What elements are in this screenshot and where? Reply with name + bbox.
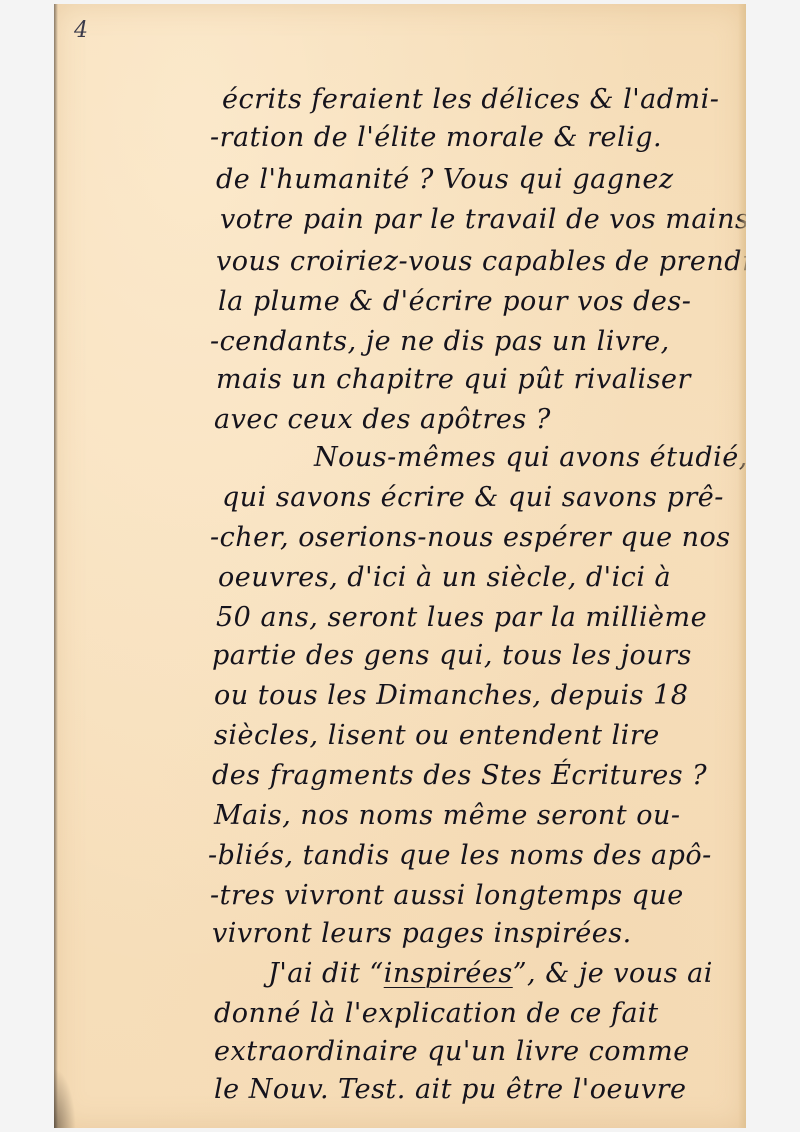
text-line: mais un chapitre qui pût rivaliser [216,364,691,395]
text-line: 50 ans, seront lues par la millième [216,602,707,633]
text-line: -cendants, je ne dis pas un livre, [210,326,670,357]
text-line: partie des gens qui, tous les jours [212,640,692,671]
text-line: écrits feraient les délices & l'admi- [222,84,719,115]
text-line-prefix: J'ai dit “ [268,958,384,989]
text-line: Mais, nos noms même seront ou- [214,800,681,831]
text-line: -tres vivront aussi longtemps que [210,880,684,911]
text-line: vous croiriez-vous capables de prendre [216,246,746,277]
text-line: siècles, lisent ou entendent lire [214,720,660,751]
text-line: -bliés, tandis que les noms des apô- [208,840,712,871]
text-line: le Nouv. Test. ait pu être l'oeuvre [214,1074,686,1105]
underlined-word: inspirées [384,958,513,989]
text-line: ou tous les Dimanches, depuis 18 [214,680,688,711]
text-line: votre pain par le travail de vos mains, [220,204,746,235]
text-line: des fragments des Stes Écritures ? [212,760,707,791]
text-line: extraordinaire qu'un livre comme [214,1036,690,1067]
page-number: 4 [74,18,88,43]
text-line: de l'humanité ? Vous qui gagnez [216,164,674,195]
text-line-suffix: ”, & je vous ai [513,958,713,989]
text-line: la plume & d'écrire pour vos des- [218,286,691,317]
text-line: oeuvres, d'ici à un siècle, d'ici à [218,562,671,593]
text-line: avec ceux des apôtres ? [214,404,551,435]
text-line: donné là l'explication de ce fait [214,998,659,1029]
text-line: Nous-mêmes qui avons étudié, [314,442,746,473]
text-line: -ration de l'élite morale & relig. [210,122,662,153]
text-line: vivront leurs pages inspirées. [212,918,632,949]
page-corner-shadow [54,1068,76,1128]
text-line: -cher, oserions-nous espérer que nos [210,522,731,553]
text-line: qui savons écrire & qui savons prê- [222,482,724,513]
manuscript-page: 4 écrits feraient les délices & l'admi- … [54,4,746,1128]
text-line: J'ai dit “inspirées”, & je vous ai [268,958,713,989]
